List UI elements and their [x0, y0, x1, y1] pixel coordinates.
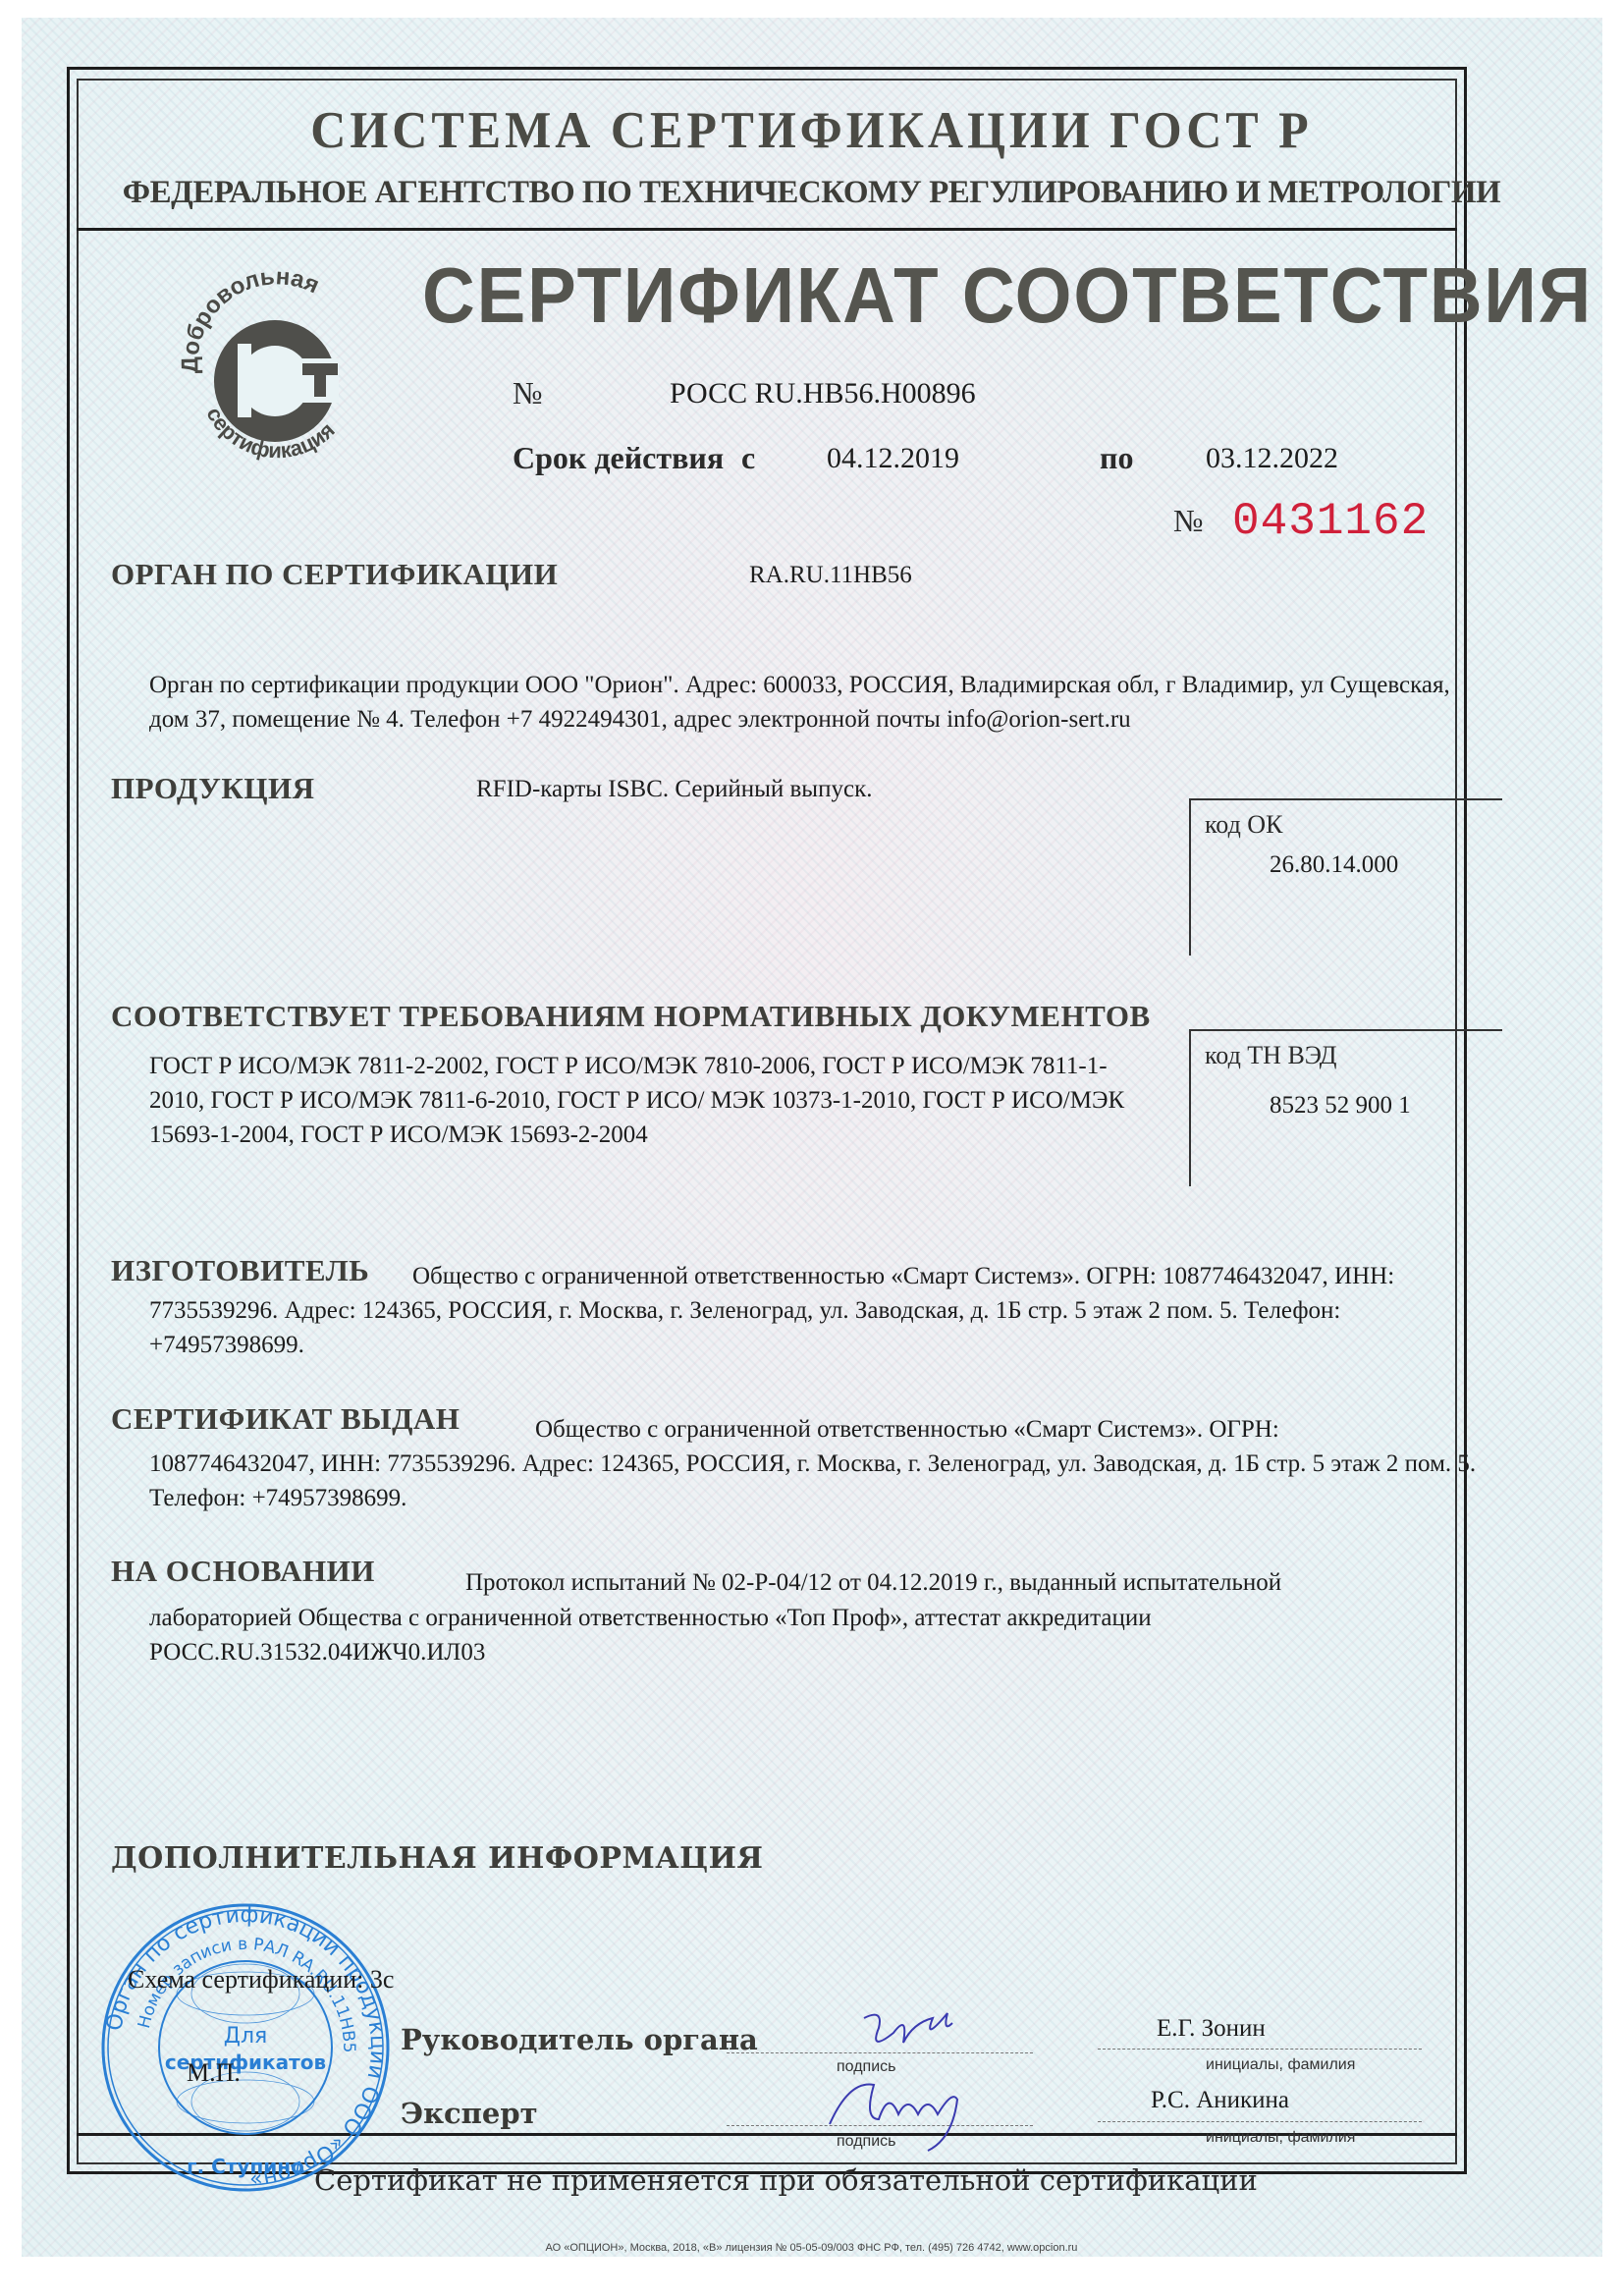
certificate-title: СЕРТИФИКАТ СООТВЕТСТВИЯ	[422, 250, 1593, 341]
certification-body-code: RA.RU.11HB56	[749, 562, 912, 589]
issued-to-label: СЕРТИФИКАТ ВЫДАН	[111, 1401, 460, 1437]
ok-code-label: код ОК	[1205, 810, 1282, 840]
basis-first-line: Протокол испытаний № 02-Р-04/12 от 04.12…	[465, 1565, 1281, 1600]
agency-name: ФЕДЕРАЛЬНОЕ АГЕНТСТВО ПО ТЕХНИЧЕСКОМУ РЕ…	[0, 175, 1623, 211]
ok-code-box: код ОК 26.80.14.000	[1189, 798, 1502, 956]
printer-info: АО «ОПЦИОН», Москва, 2018, «В» лицензия …	[0, 2242, 1623, 2254]
stamp-center-line1: Для	[224, 2024, 267, 2049]
expert-label: Эксперт	[401, 2097, 538, 2130]
expert-signature-caption: подпись	[837, 2133, 895, 2151]
manufacturer-label: ИЗГОТОВИТЕЛЬ	[111, 1253, 369, 1288]
stamp-city: г. Ступино	[187, 2155, 304, 2178]
manufacturer-first-line: Общество с ограниченной ответственностью…	[412, 1259, 1394, 1293]
product-value: RFID-карты ISBC. Серийный выпуск.	[476, 776, 872, 803]
expert-name-line	[1098, 2121, 1422, 2122]
head-name-line	[1098, 2049, 1422, 2050]
manufacturer-details: 7735539296. Адрес: 124365, РОССИЯ, г. Мо…	[149, 1293, 1494, 1362]
validity-to-label: по	[1100, 440, 1133, 476]
header-divider	[77, 228, 1457, 231]
seal-placeholder: М.П.	[187, 2055, 241, 2090]
valid-to-date: 03.12.2022	[1206, 442, 1338, 475]
tnved-code-label: код ТН ВЭД	[1205, 1041, 1337, 1070]
rst-logo-icon: Добровольная сертификация	[177, 265, 373, 471]
expert-name: Р.С. Аникина	[1151, 2087, 1289, 2114]
expert-name-caption: инициалы, фамилия	[1206, 2129, 1355, 2147]
certificate-number: РОСС RU.HB56.H00896	[670, 377, 976, 410]
standards-value: ГОСТ Р ИСО/МЭК 7811-2-2002, ГОСТ Р ИСО/М…	[149, 1049, 1131, 1152]
certification-scheme: Схема сертификации: 3с	[128, 1962, 394, 1996]
validity-from-label: с	[741, 440, 755, 476]
ok-code-value: 26.80.14.000	[1270, 851, 1398, 879]
mandatory-certification-notice: Сертификат не применяется при обязательн…	[314, 2163, 1258, 2197]
form-number-label: №	[1173, 503, 1204, 539]
system-title: СИСТЕМА СЕРТИФИКАЦИИ ГОСТ Р	[0, 100, 1623, 160]
product-label: ПРОДУКЦИЯ	[111, 771, 314, 806]
standards-label: СООТВЕТСТВУЕТ ТРЕБОВАНИЯМ НОРМАТИВНЫХ ДО…	[111, 999, 1151, 1034]
form-number: 0431162	[1232, 496, 1429, 547]
validity-label: Срок действия	[513, 440, 724, 476]
certification-body-description: Орган по сертификации продукции ООО "Ори…	[149, 668, 1485, 737]
seal-stamp-icon: Орган по сертификации продукции ООО «Ори…	[98, 1900, 393, 2195]
additional-info-label: ДОПОЛНИТЕЛЬНАЯ ИНФОРМАЦИЯ	[111, 1841, 763, 1876]
issued-to-first-line: Общество с ограниченной ответственностью…	[535, 1412, 1279, 1447]
basis-label: НА ОСНОВАНИИ	[111, 1554, 375, 1589]
valid-from-date: 04.12.2019	[827, 442, 959, 475]
head-name: Е.Г. Зонин	[1157, 2015, 1266, 2043]
head-label: Руководитель органа	[401, 2023, 758, 2056]
head-name-caption: инициалы, фамилия	[1206, 2056, 1355, 2074]
basis-details: лабораторией Общества с ограниченной отв…	[149, 1601, 1357, 1669]
certification-body-label: ОРГАН ПО СЕРТИФИКАЦИИ	[111, 557, 558, 592]
issued-to-details: 1087746432047, ИНН: 7735539296. Адрес: 1…	[149, 1447, 1524, 1515]
tnved-code-box: код ТН ВЭД 8523 52 900 1	[1189, 1029, 1502, 1186]
certificate-number-label: №	[513, 375, 543, 411]
tnved-code-value: 8523 52 900 1	[1270, 1092, 1411, 1120]
